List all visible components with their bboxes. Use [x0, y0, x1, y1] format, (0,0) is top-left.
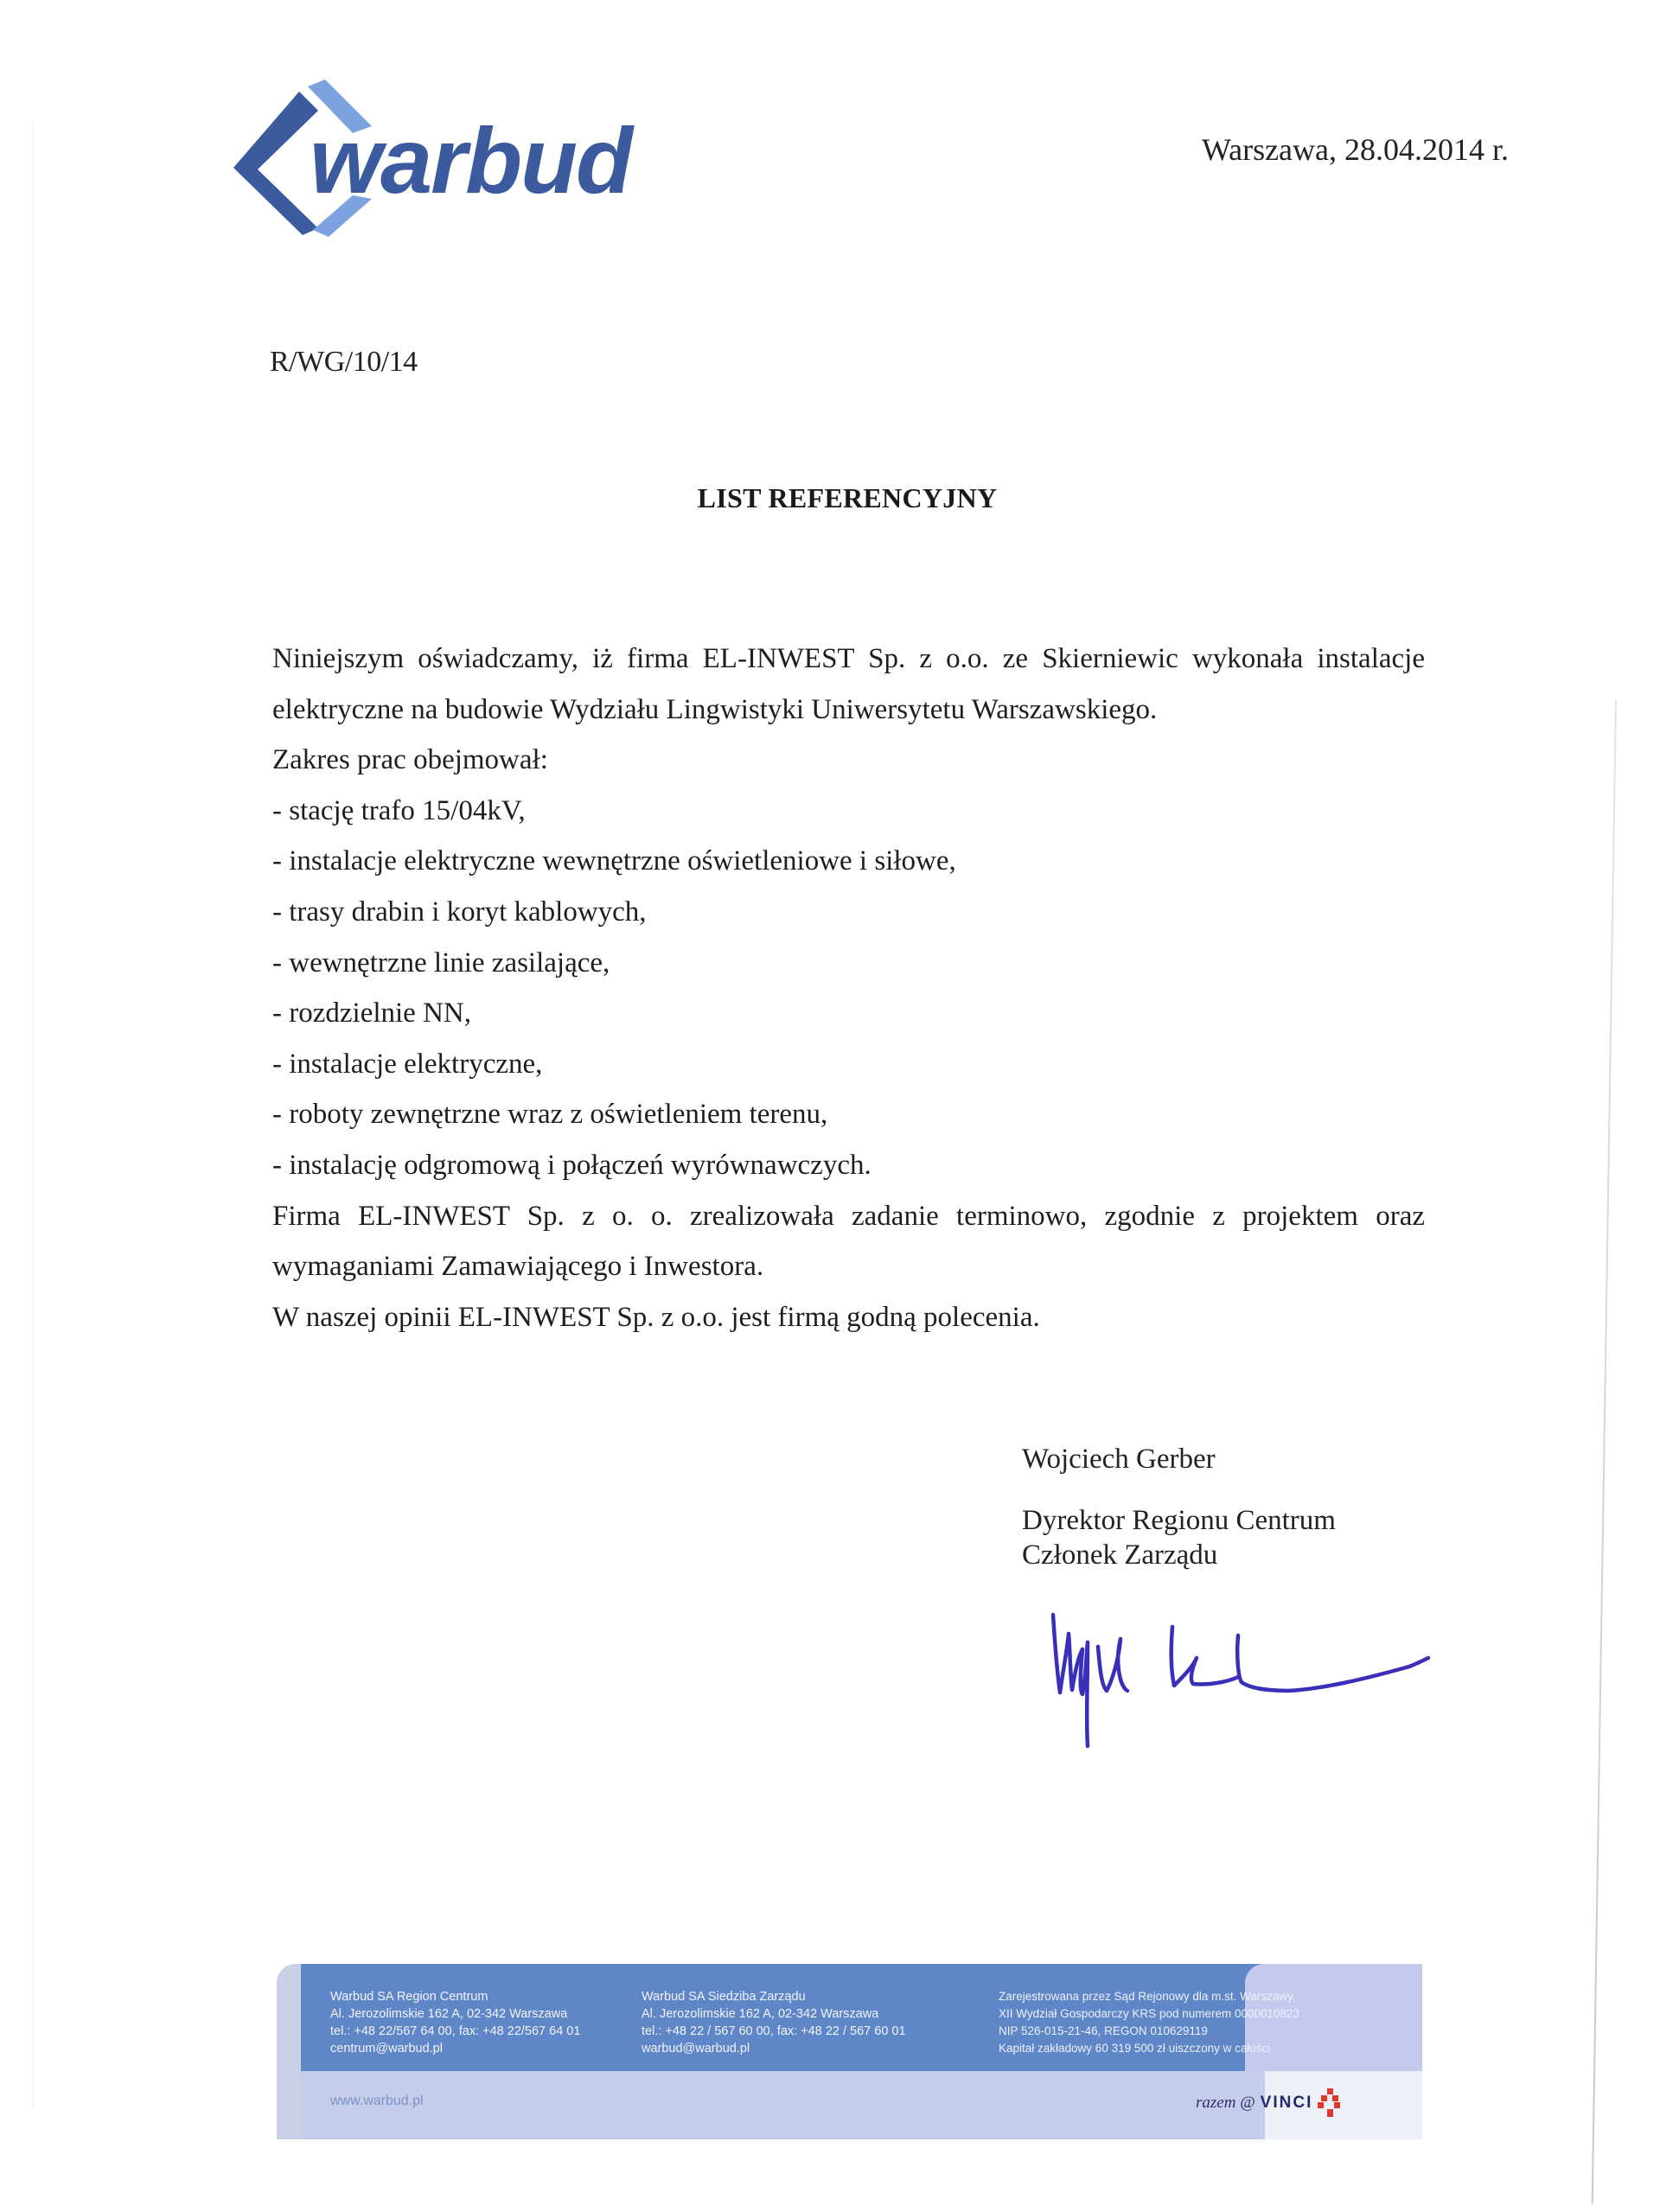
- scope-item: - instalacje elektryczne wewnętrzne oświ…: [272, 836, 1425, 887]
- scope-heading: Zakres prac obejmował:: [272, 735, 1425, 786]
- footer-line: NIP 526-015-21-46, REGON 010629119: [999, 2023, 1299, 2040]
- partner-name: VINCI: [1261, 2094, 1313, 2113]
- footer-line: Al. Jerozolimskie 162 A, 02-342 Warszawa: [642, 2005, 906, 2023]
- footer-line: Kapitał zakładowy 60 319 500 zł uiszczon…: [999, 2040, 1299, 2057]
- footer-registration-info: Zarejestrowana przez Sąd Rejonowy dla m.…: [999, 1988, 1299, 2057]
- scope-item: - instalacje elektryczne,: [272, 1039, 1425, 1090]
- footer-line: Zarejestrowana przez Sąd Rejonowy dla m.…: [999, 1988, 1299, 2005]
- signatory-title-line-1: Dyrektor Regionu Centrum: [1022, 1505, 1336, 1536]
- footer-email-link[interactable]: centrum@warbud.pl: [330, 2040, 580, 2057]
- conclusion-paragraph: Firma EL-INWEST Sp. z o. o. zrealizowała…: [272, 1191, 1425, 1292]
- letter-date: Warszawa, 28.04.2014 r.: [1202, 131, 1509, 168]
- warbud-logo: warbud: [223, 76, 673, 240]
- scope-item: - instalację odgromową i połączeń wyrówn…: [272, 1140, 1425, 1191]
- signatory-title: Dyrektor Regionu Centrum Członek Zarządu: [1022, 1503, 1336, 1572]
- warbud-logo-icon: warbud: [223, 76, 673, 240]
- footer-bottom-band: [301, 2071, 1265, 2139]
- recommendation-paragraph: W naszej opinii EL-INWEST Sp. z o.o. jes…: [272, 1292, 1425, 1343]
- scope-item: - roboty zewnętrzne wraz z oświetleniem …: [272, 1089, 1425, 1140]
- footer-email-link[interactable]: warbud@warbud.pl: [642, 2040, 906, 2057]
- footer-website-link[interactable]: www.warbud.pl: [330, 2094, 424, 2109]
- footer-hq-address: Warbud SA Siedziba Zarządu Al. Jerozolim…: [642, 1988, 906, 2057]
- scope-item: - stację trafo 15/04kV,: [272, 786, 1425, 837]
- document-title: LIST REFERENCYJNY: [0, 482, 1660, 514]
- footer-line: tel.: +48 22/567 64 00, fax: +48 22/567 …: [330, 2023, 580, 2040]
- scope-list: - stację trafo 15/04kV,- instalacje elek…: [272, 786, 1425, 1191]
- footer-line: Warbud SA Siedziba Zarządu: [642, 1988, 906, 2005]
- footer-line: Warbud SA Region Centrum: [330, 1988, 580, 2005]
- partner-prefix: razem @: [1196, 2094, 1255, 2113]
- letter-body: Niniejszym oświadczamy, iż firma EL-INWE…: [272, 634, 1425, 1342]
- company-footer: Warbud SA Region Centrum Al. Jerozolimsk…: [277, 1964, 1422, 2139]
- footer-line: XII Wydział Gospodarczy KRS pod numerem …: [999, 2005, 1299, 2023]
- footer-region-address: Warbud SA Region Centrum Al. Jerozolimsk…: [330, 1988, 580, 2057]
- scan-edge-left: [33, 121, 34, 2109]
- scope-item: - trasy drabin i koryt kablowych,: [272, 887, 1425, 938]
- signatory-name: Wojciech Gerber: [1022, 1444, 1336, 1476]
- vinci-partner-logo: razem @ VINCI: [1196, 2088, 1342, 2118]
- footer-line: tel.: +48 22 / 567 60 00, fax: +48 22 / …: [642, 2023, 906, 2040]
- scope-item: - rozdzielnie NN,: [272, 988, 1425, 1039]
- intro-paragraph: Niniejszym oświadczamy, iż firma EL-INWE…: [272, 634, 1425, 735]
- reference-number: R/WG/10/14: [270, 346, 418, 379]
- svg-text:warbud: warbud: [310, 108, 635, 213]
- footer-line: Al. Jerozolimskie 162 A, 02-342 Warszawa: [330, 2005, 580, 2023]
- scope-item: - wewnętrzne linie zasilające,: [272, 938, 1425, 989]
- signatory-title-line-2: Członek Zarządu: [1022, 1539, 1217, 1571]
- signature-block: Wojciech Gerber Dyrektor Regionu Centrum…: [1022, 1444, 1336, 1572]
- scan-edge-right: [1592, 700, 1617, 2204]
- handwritten-signature: [1037, 1608, 1452, 1755]
- vinci-cross-icon: [1318, 2088, 1342, 2118]
- footer-left-strip: [277, 1964, 301, 2139]
